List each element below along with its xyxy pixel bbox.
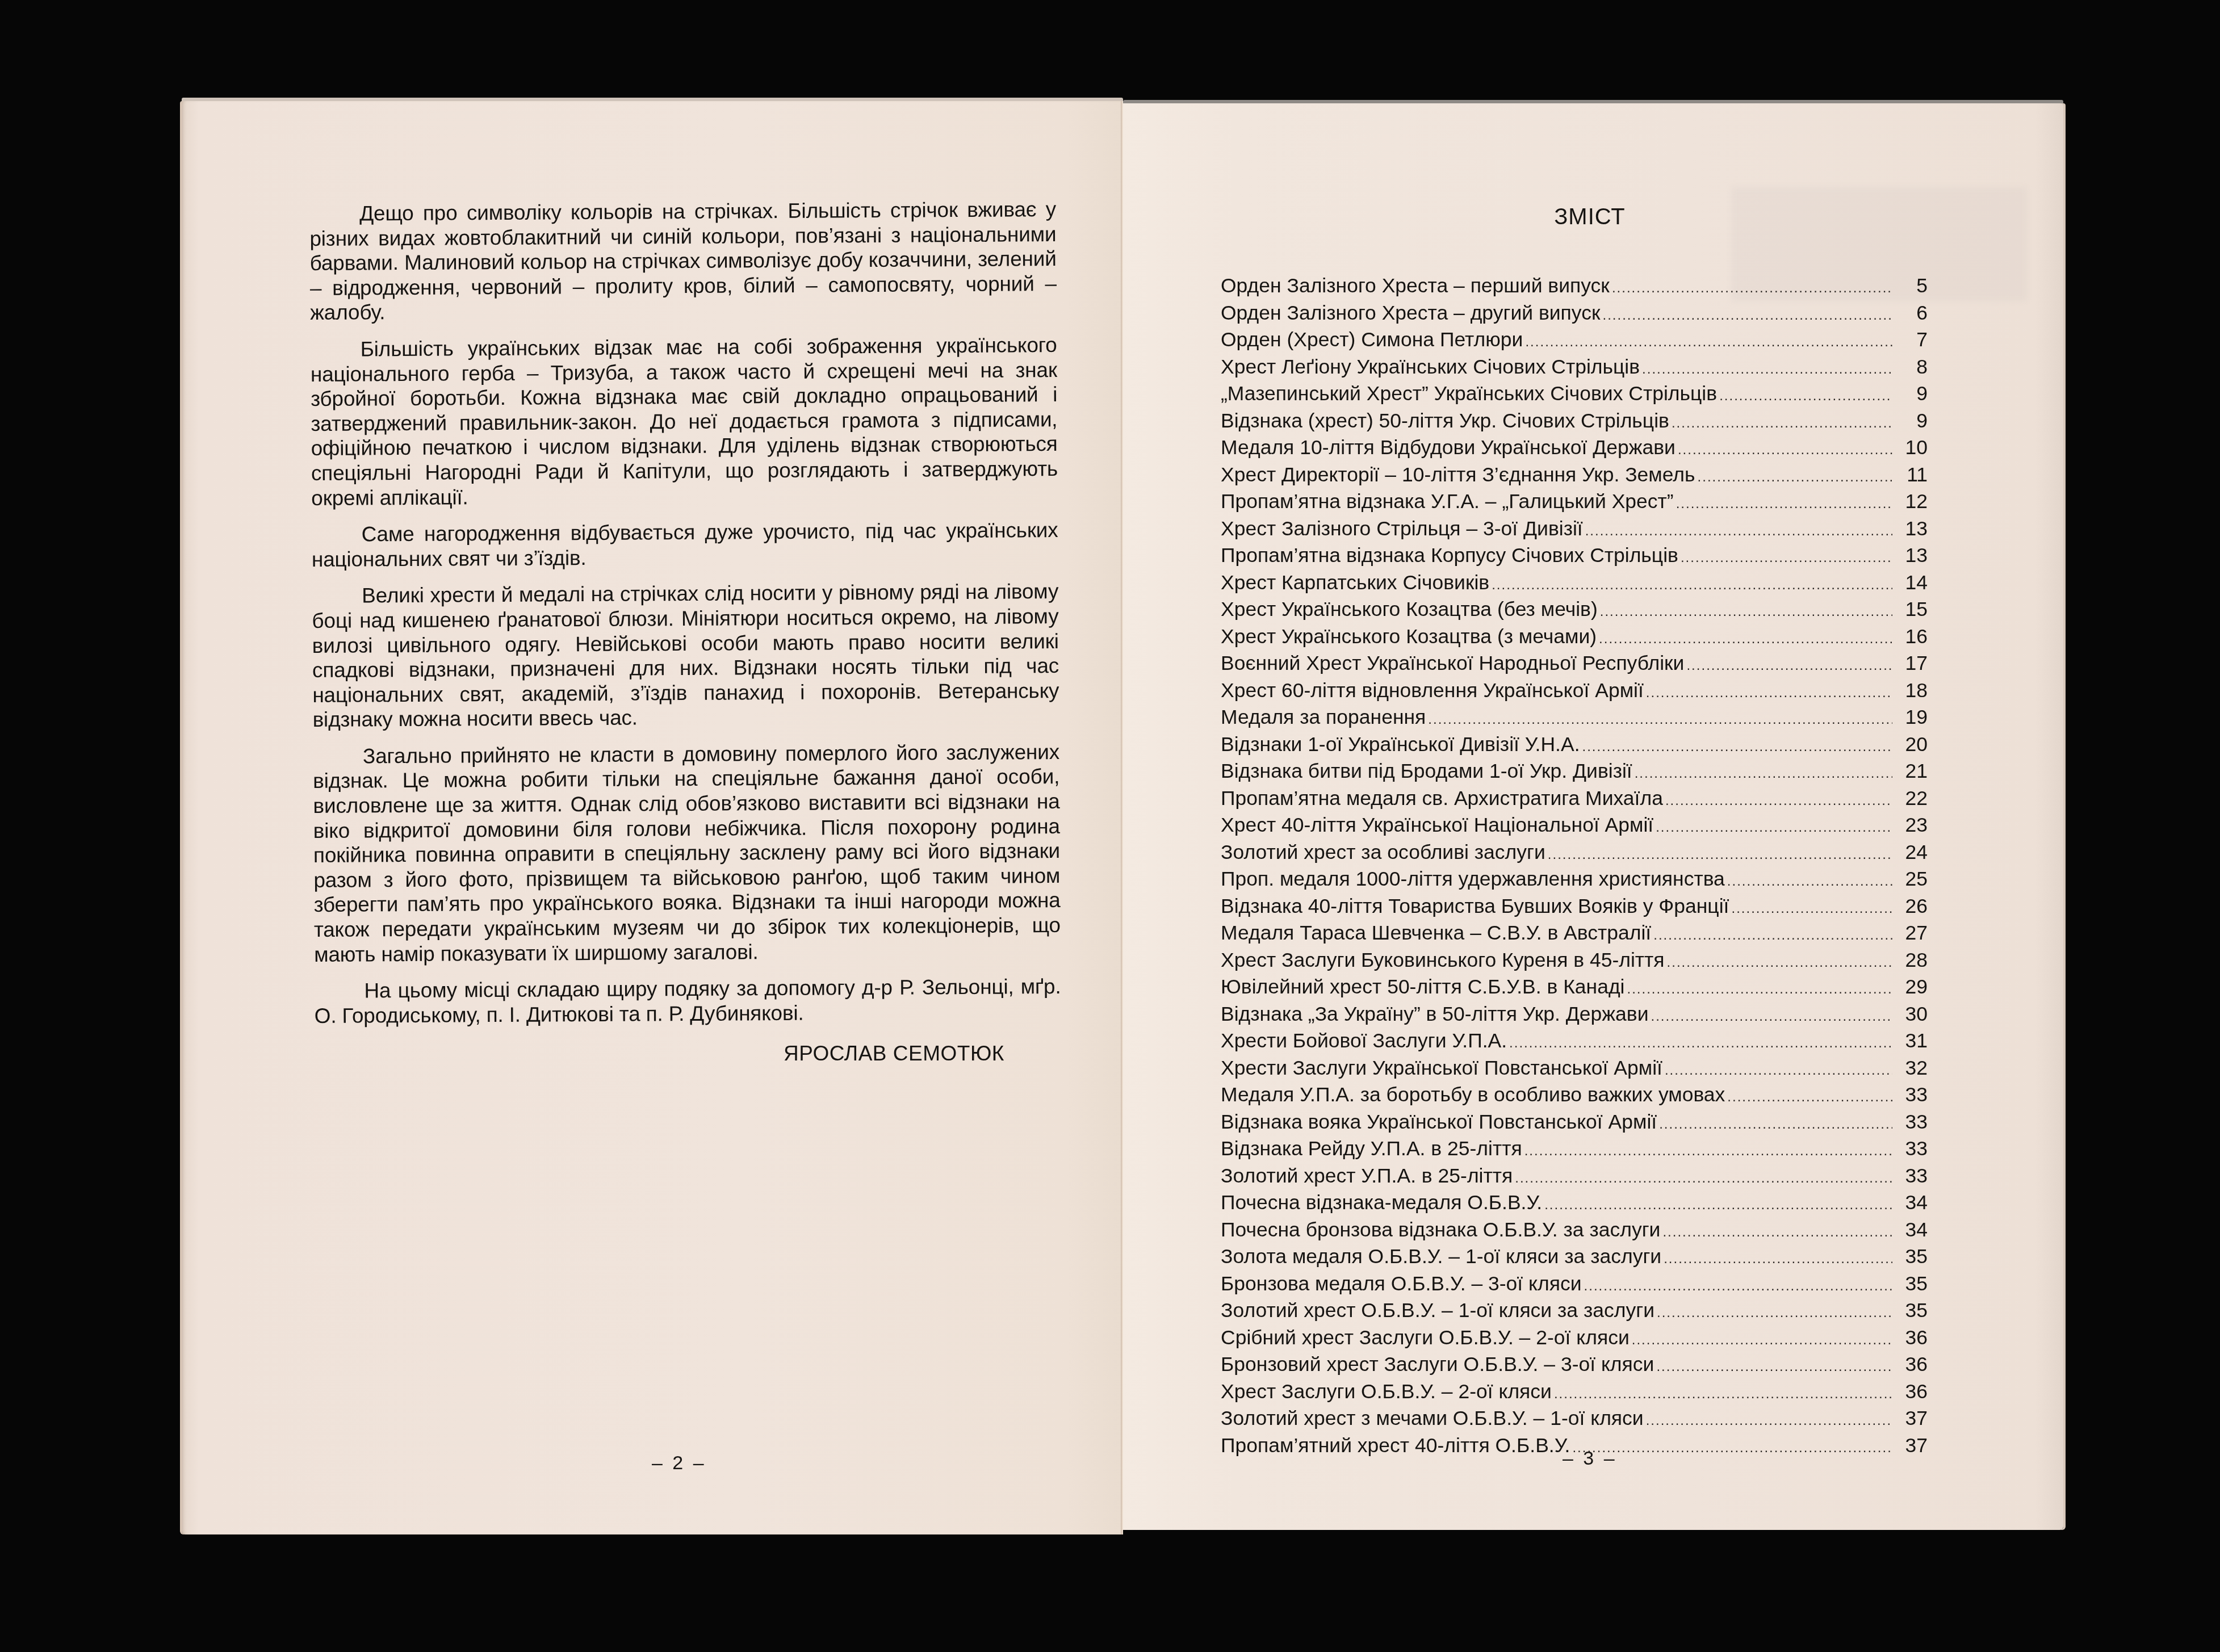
- toc-entry-page: 13: [1892, 543, 1928, 568]
- toc-entry-page: 9: [1892, 381, 1928, 406]
- toc-entry-page: 13: [1892, 517, 1928, 542]
- toc-entry: Хрест Українського Козацтва (без мечів)1…: [1221, 597, 1928, 624]
- toc-entry: Проп. медаля 1000-ліття удержавлення хри…: [1221, 867, 1928, 894]
- toc-entry-label: Відзнаки 1-ої Української Дивізії У.Н.А.: [1221, 732, 1582, 757]
- toc-entry-page: 21: [1892, 759, 1928, 784]
- toc-entry: Хрест 60-ліття відновлення Української А…: [1221, 678, 1928, 706]
- toc-entry-label: Відзнака „За Україну” в 50-ліття Укр. Де…: [1221, 1002, 1651, 1027]
- toc-dot-leader: [1727, 869, 1892, 894]
- toc-dot-leader: [1659, 1112, 1892, 1137]
- toc-entry-page: 33: [1892, 1110, 1928, 1135]
- toc-entry: Пропам’ятна відзнака Корпусу Січових Стр…: [1221, 543, 1928, 571]
- toc-entry-label: Почесна бронзова відзнака О.Б.В.У. за за…: [1221, 1218, 1662, 1243]
- toc-entry: Орден Залізного Хреста – другий випуск6: [1221, 301, 1928, 328]
- toc-entry: Срібний хрест Заслуги О.Б.В.У. – 2-ої кл…: [1221, 1326, 1928, 1353]
- toc-entry-label: Хрест 60-ліття відновлення Української А…: [1221, 678, 1646, 703]
- toc-entry-label: Відзнака (хрест) 50-ліття Укр. Січових С…: [1221, 409, 1672, 434]
- toc-entry-page: 37: [1892, 1433, 1928, 1458]
- toc-entry-label: Орден (Хрест) Симона Петлюри: [1221, 328, 1525, 353]
- toc-dot-leader: [1672, 411, 1892, 436]
- toc-entry: Бронзова медаля О.Б.В.У. – 3-ої кляси35: [1221, 1272, 1928, 1299]
- toc-entry-label: Медаля за поранення: [1221, 705, 1428, 730]
- toc-dot-leader: [1664, 1247, 1892, 1272]
- toc-entry-label: Хрест Карпатських Січовиків: [1221, 571, 1492, 596]
- toc-entry: Воєнний Хрест Української Народньої Респ…: [1221, 651, 1928, 678]
- toc-entry-page: 16: [1892, 624, 1928, 649]
- toc-entry: Орден Залізного Хреста – перший випуск5: [1221, 274, 1928, 301]
- toc-entry-page: 31: [1892, 1029, 1928, 1054]
- toc-dot-leader: [1582, 735, 1893, 760]
- toc-entry-label: Хрест 40-ліття Української Національної …: [1221, 813, 1656, 838]
- toc-entry: Хрести Заслуги Української Повстанської …: [1221, 1056, 1928, 1083]
- toc-dot-leader: [1731, 896, 1892, 921]
- toc-entry: „Мазепинський Хрест” Українських Січових…: [1221, 381, 1928, 409]
- toc-dot-leader: [1646, 1408, 1892, 1433]
- toc-entry: Почесна бронзова відзнака О.Б.В.У. за за…: [1221, 1218, 1928, 1245]
- toc-entry-label: Хрест Залізного Стрільця – 3-ої Дивізії: [1221, 517, 1585, 542]
- toc-entry-label: Пропам’ятна відзнака Корпусу Січових Стр…: [1221, 543, 1681, 568]
- toc-entry: Відзнака Рейду У.П.А. в 25-ліття33: [1221, 1137, 1928, 1164]
- toc-dot-leader: [1646, 681, 1892, 706]
- toc-entry-page: 30: [1892, 1002, 1928, 1027]
- toc-dot-leader: [1651, 1004, 1892, 1029]
- toc-entry-label: Хрест Заслуги Буковинського Куреня в 45-…: [1221, 948, 1667, 973]
- toc-entry-label: Золота медаля О.Б.В.У. – 1-ої кляси за з…: [1221, 1244, 1664, 1269]
- toc-entry: Хрест Леґіону Українських Січових Стріль…: [1221, 355, 1928, 382]
- toc-entry-label: Бронзовий хрест Заслуги О.Б.В.У. – 3-ої …: [1221, 1352, 1656, 1377]
- toc-entry-label: Золотий хрест з мечами О.Б.В.У. – 1-ої к…: [1221, 1406, 1646, 1431]
- toc-entry-page: 34: [1892, 1190, 1928, 1215]
- toc-entry-label: Пропам’ятна медаля св. Архистратига Миха…: [1221, 786, 1665, 811]
- table-of-contents: Орден Залізного Хреста – перший випуск5О…: [1221, 274, 1928, 1460]
- toc-entry-label: Почесна відзнака-медаля О.Б.В.У.: [1221, 1190, 1544, 1215]
- toc-title: ЗМІСТ: [1547, 204, 1632, 230]
- toc-entry: Золотий хрест за особливі заслуги24: [1221, 840, 1928, 867]
- toc-entry-page: 29: [1892, 975, 1928, 1000]
- toc-dot-leader: [1662, 1220, 1892, 1245]
- toc-entry: Хрест Заслуги О.Б.В.У. – 2-ої кляси36: [1221, 1380, 1928, 1407]
- toc-entry-page: 12: [1892, 489, 1928, 514]
- toc-entry-label: Відзнака Рейду У.П.А. в 25-ліття: [1221, 1137, 1524, 1162]
- toc-dot-leader: [1585, 519, 1892, 544]
- toc-entry: Медаля за поранення19: [1221, 705, 1928, 732]
- toc-entry-page: 25: [1892, 867, 1928, 892]
- left-page-body: Дещо про символіку кольорів на стрічках.…: [309, 197, 1061, 1040]
- toc-entry-label: Золотий хрест У.П.А. в 25-ліття: [1221, 1164, 1515, 1189]
- toc-entry-page: 7: [1892, 328, 1928, 353]
- toc-entry-label: Хрести Бойової Заслуги У.П.А.: [1221, 1029, 1509, 1054]
- toc-entry: Медаля 10-ліття Відбудови Української Де…: [1221, 435, 1928, 463]
- paragraph-wearing: Великі хрести й медалі на стрічках слід …: [312, 579, 1059, 732]
- toc-entry-page: 23: [1892, 813, 1928, 838]
- toc-entry: Пропам’ятна медаля св. Архистратига Миха…: [1221, 786, 1928, 814]
- toc-entry: Медаля У.П.А. за боротьбу в особливо важ…: [1221, 1083, 1928, 1110]
- toc-entry-label: Хрест Українського Козацтва (без мечів): [1221, 597, 1600, 622]
- toc-entry-page: 24: [1892, 840, 1928, 865]
- toc-entry: Відзнака 40-ліття Товариства Бувших Вояк…: [1221, 894, 1928, 921]
- toc-dot-leader: [1719, 384, 1892, 409]
- toc-entry: Відзнаки 1-ої Української Дивізії У.Н.А.…: [1221, 732, 1928, 760]
- toc-dot-leader: [1515, 1166, 1892, 1191]
- toc-entry: Хрест Заслуги Буковинського Куреня в 45-…: [1221, 948, 1928, 975]
- toc-entry-page: 33: [1892, 1137, 1928, 1162]
- toc-dot-leader: [1599, 627, 1892, 652]
- toc-entry-label: Хрест Українського Козацтва (з мечами): [1221, 624, 1599, 649]
- toc-entry: Золотий хрест О.Б.В.У. – 1-ої кляси за з…: [1221, 1298, 1928, 1326]
- toc-entry-page: 28: [1892, 948, 1928, 973]
- toc-entry-page: 18: [1892, 678, 1928, 703]
- toc-entry-page: 14: [1892, 571, 1928, 596]
- toc-entry-page: 9: [1892, 409, 1928, 434]
- toc-dot-leader: [1678, 438, 1892, 463]
- toc-entry: Бронзовий хрест Заслуги О.Б.В.У. – 3-ої …: [1221, 1352, 1928, 1380]
- toc-dot-leader: [1584, 1274, 1892, 1299]
- toc-entry: Хрест Директорії – 10-ліття З’єднання Ук…: [1221, 463, 1928, 490]
- toc-entry: Пропам’ятна відзнака У.Г.А. – „Галицький…: [1221, 489, 1928, 517]
- toc-dot-leader: [1635, 761, 1892, 786]
- toc-entry: Відзнака „За Україну” в 50-ліття Укр. Де…: [1221, 1002, 1928, 1029]
- toc-entry: Хрест 40-ліття Української Національної …: [1221, 813, 1928, 840]
- toc-entry-page: 17: [1892, 651, 1928, 676]
- page-number-right: – 3 –: [1563, 1448, 1617, 1470]
- toc-dot-leader: [1524, 1139, 1892, 1164]
- toc-entry-label: Бронзова медаля О.Б.В.У. – 3-ої кляси: [1221, 1272, 1584, 1297]
- toc-entry: Орден (Хрест) Симона Петлюри7: [1221, 328, 1928, 355]
- toc-entry-page: 32: [1892, 1056, 1928, 1081]
- toc-entry-label: Медаля У.П.А. за боротьбу в особливо важ…: [1221, 1083, 1727, 1108]
- toc-dot-leader: [1525, 330, 1892, 355]
- toc-entry-page: 35: [1892, 1244, 1928, 1269]
- paragraph-burial: Загально прийнято не класти в домовину п…: [313, 740, 1061, 967]
- paragraph-color-symbolism: Дещо про символіку кольорів на стрічках.…: [309, 197, 1057, 325]
- toc-dot-leader: [1676, 492, 1892, 517]
- toc-entry-page: 27: [1892, 921, 1928, 946]
- toc-entry-label: Відзнака 40-ліття Товариства Бувших Вояк…: [1221, 894, 1731, 919]
- toc-entry: Медаля Тараса Шевченка – С.В.У. в Австра…: [1221, 921, 1928, 948]
- toc-entry: Золотий хрест У.П.А. в 25-ліття33: [1221, 1164, 1928, 1191]
- toc-entry-label: Хрест Заслуги О.Б.В.У. – 2-ої кляси: [1221, 1380, 1554, 1404]
- toc-entry: Хрести Бойової Заслуги У.П.А.31: [1221, 1029, 1928, 1056]
- toc-entry-page: 20: [1892, 732, 1928, 757]
- toc-entry-page: 15: [1892, 597, 1928, 622]
- toc-entry-label: Орден Залізного Хреста – другий випуск: [1221, 301, 1602, 326]
- toc-entry: Золота медаля О.Б.В.У. – 1-ої кляси за з…: [1221, 1244, 1928, 1272]
- toc-entry-page: 36: [1892, 1326, 1928, 1351]
- toc-entry-label: Воєнний Хрест Української Народньої Респ…: [1221, 651, 1686, 676]
- toc-dot-leader: [1653, 923, 1892, 948]
- toc-entry-page: 6: [1892, 301, 1928, 326]
- toc-entry-label: Золотий хрест О.Б.В.У. – 1-ої кляси за з…: [1221, 1298, 1657, 1323]
- toc-dot-leader: [1600, 599, 1892, 624]
- toc-entry-label: Хрест Директорії – 10-ліття З’єднання Ук…: [1221, 463, 1698, 488]
- toc-entry-label: Проп. медаля 1000-ліття удержавлення хри…: [1221, 867, 1727, 892]
- toc-dot-leader: [1642, 357, 1892, 382]
- toc-entry-label: Орден Залізного Хреста – перший випуск: [1221, 274, 1612, 299]
- paragraph-ceremony: Саме нагородження відбувається дуже уроч…: [311, 518, 1058, 572]
- toc-entry: Відзнака (хрест) 50-ліття Укр. Січових С…: [1221, 409, 1928, 436]
- toc-dot-leader: [1698, 465, 1892, 490]
- toc-dot-leader: [1612, 276, 1892, 301]
- toc-dot-leader: [1554, 1382, 1892, 1407]
- toc-dot-leader: [1681, 546, 1892, 571]
- toc-entry-page: 36: [1892, 1352, 1928, 1377]
- toc-entry-page: 35: [1892, 1298, 1928, 1323]
- toc-entry-label: Золотий хрест за особливі заслуги: [1221, 840, 1548, 865]
- toc-entry-label: Хрест Леґіону Українських Січових Стріль…: [1221, 355, 1642, 380]
- toc-entry: Хрест Українського Козацтва (з мечами)16: [1221, 624, 1928, 652]
- toc-dot-leader: [1727, 1085, 1892, 1110]
- toc-entry-page: 33: [1892, 1083, 1928, 1108]
- toc-entry-label: „Мазепинський Хрест” Українських Січових…: [1221, 381, 1719, 406]
- paragraph-acknowledgements: На цьому місці складаю щиру подяку за до…: [314, 974, 1061, 1028]
- author-signature: ЯРОСЛАВ СЕМОТЮК: [784, 1042, 1004, 1066]
- toc-entry-label: Медаля Тараса Шевченка – С.В.У. в Австра…: [1221, 921, 1653, 946]
- toc-dot-leader: [1656, 1355, 1892, 1380]
- toc-entry: Почесна відзнака-медаля О.Б.В.У.34: [1221, 1190, 1928, 1218]
- toc-dot-leader: [1686, 653, 1892, 678]
- toc-dot-leader: [1602, 303, 1892, 328]
- toc-entry-label: Хрести Заслуги Української Повстанської …: [1221, 1056, 1665, 1081]
- toc-entry: Хрест Карпатських Січовиків14: [1221, 571, 1928, 598]
- toc-dot-leader: [1656, 815, 1892, 840]
- toc-entry-page: 35: [1892, 1272, 1928, 1297]
- toc-dot-leader: [1665, 1058, 1892, 1083]
- toc-dot-leader: [1572, 1436, 1892, 1461]
- toc-dot-leader: [1509, 1031, 1892, 1056]
- toc-entry-page: 11: [1892, 463, 1928, 488]
- toc-entry-label: Пропам’ятний хрест 40-ліття О.Б.В.У.: [1221, 1433, 1572, 1458]
- toc-dot-leader: [1657, 1301, 1892, 1326]
- toc-dot-leader: [1665, 789, 1892, 814]
- toc-dot-leader: [1667, 950, 1892, 975]
- toc-entry-label: Пропам’ятна відзнака У.Г.А. – „Галицький…: [1221, 489, 1676, 514]
- toc-entry-page: 10: [1892, 435, 1928, 460]
- toc-dot-leader: [1627, 977, 1892, 1002]
- toc-entry-page: 22: [1892, 786, 1928, 811]
- toc-dot-leader: [1428, 707, 1892, 732]
- toc-entry: Хрест Залізного Стрільця – 3-ої Дивізії1…: [1221, 517, 1928, 544]
- toc-entry: Відзнака вояка Української Повстанської …: [1221, 1110, 1928, 1137]
- toc-dot-leader: [1492, 573, 1892, 598]
- toc-entry: Відзнака битви під Бродами 1-ої Укр. Див…: [1221, 759, 1928, 786]
- toc-entry-label: Відзнака битви під Бродами 1-ої Укр. Див…: [1221, 759, 1635, 784]
- toc-entry-page: 34: [1892, 1218, 1928, 1243]
- toc-dot-leader: [1632, 1328, 1892, 1353]
- toc-dot-leader: [1544, 1193, 1892, 1218]
- toc-entry-page: 33: [1892, 1164, 1928, 1189]
- toc-entry: Золотий хрест з мечами О.Б.В.У. – 1-ої к…: [1221, 1406, 1928, 1433]
- toc-entry-page: 19: [1892, 705, 1928, 730]
- toc-entry-page: 26: [1892, 894, 1928, 919]
- paragraph-trident: Більшість українських відзак має на собі…: [310, 333, 1058, 510]
- toc-entry: Ювілейний хрест 50-ліття С.Б.У.В. в Кана…: [1221, 975, 1928, 1002]
- toc-entry-label: Медаля 10-ліття Відбудови Української Де…: [1221, 435, 1678, 460]
- page-number-left: – 2 –: [652, 1452, 706, 1474]
- toc-entry-page: 8: [1892, 355, 1928, 380]
- toc-dot-leader: [1548, 842, 1892, 867]
- toc-entry-page: 5: [1892, 274, 1928, 299]
- toc-entry-label: Відзнака вояка Української Повстанської …: [1221, 1110, 1659, 1135]
- toc-entry-page: 36: [1892, 1380, 1928, 1404]
- toc-entry-page: 37: [1892, 1406, 1928, 1431]
- toc-entry-label: Срібний хрест Заслуги О.Б.В.У. – 2-ої кл…: [1221, 1326, 1632, 1351]
- toc-entry-label: Ювілейний хрест 50-ліття С.Б.У.В. в Кана…: [1221, 975, 1627, 1000]
